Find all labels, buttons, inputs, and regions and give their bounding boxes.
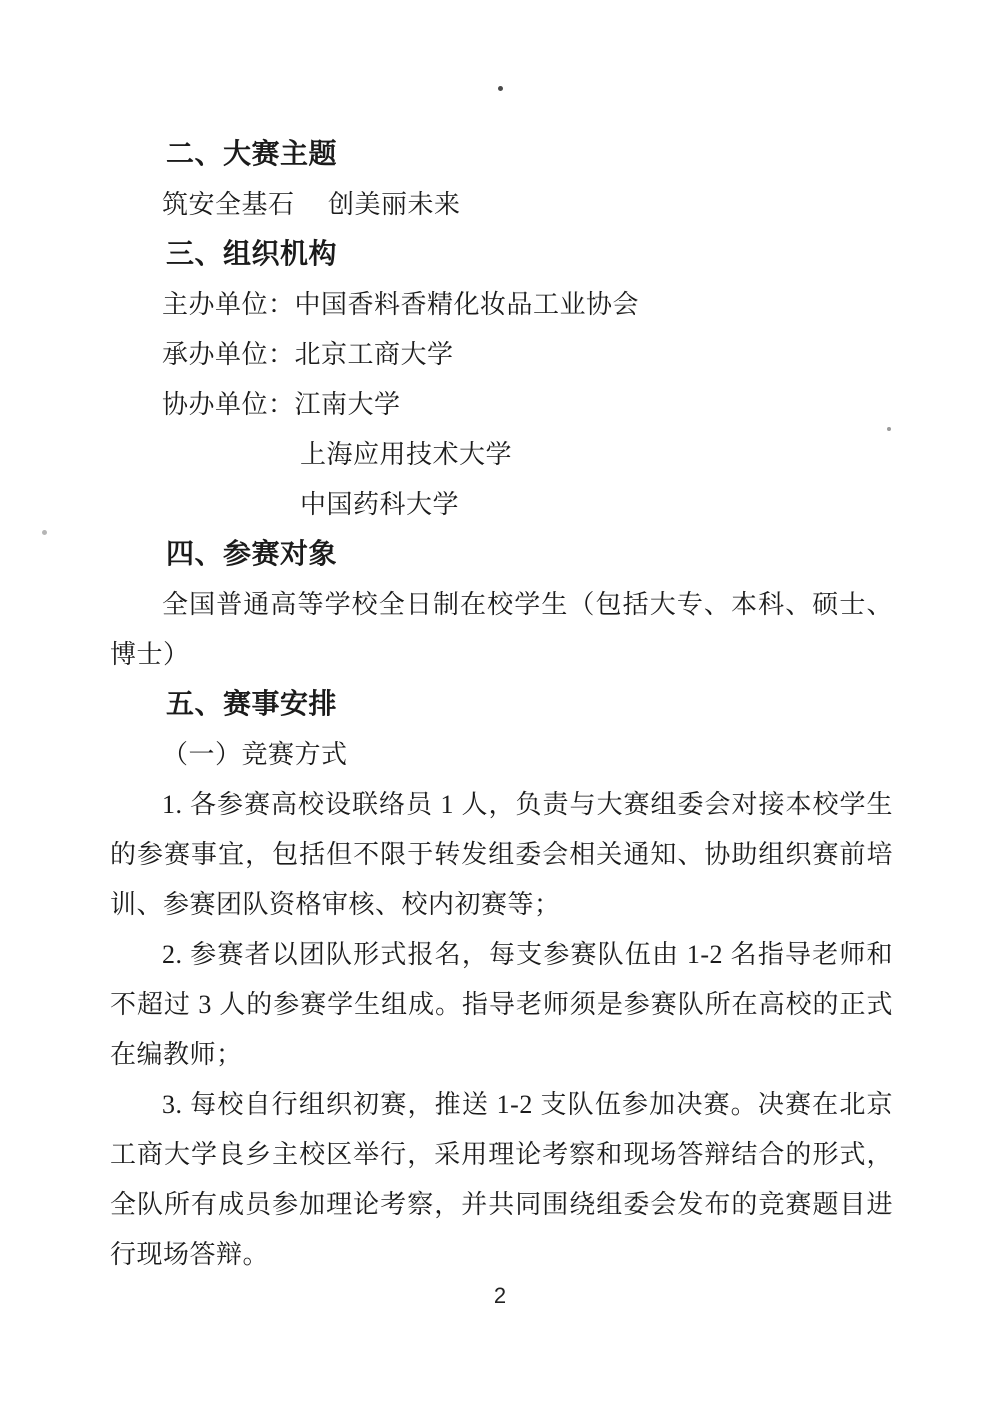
co-organizer-university-2: 上海应用技术大学: [110, 430, 893, 480]
rule-3-line-3: 全队所有成员参加理论考察，并共同围绕组委会发布的竞赛题目进: [110, 1180, 893, 1230]
section-heading-theme: 二、大赛主题: [110, 130, 893, 180]
rule-1-line-1: 1. 各参赛高校设联络员 1 人，负责与大赛组委会对接本校学生: [110, 780, 893, 830]
organizer-line: 主办单位：中国香料香精化妆品工业协会: [110, 280, 893, 330]
rule-2-line-2: 不超过 3 人的参赛学生组成。指导老师须是参赛队所在高校的正式: [110, 980, 893, 1030]
section-heading-organization: 三、组织机构: [110, 230, 893, 280]
rule-3-line-1: 3. 每校自行组织初赛，推送 1-2 支队伍参加决赛。决赛在北京: [110, 1080, 893, 1130]
document-page: { "page": { "number": "2" }, "colors": {…: [0, 0, 1000, 1415]
scan-speck: [887, 427, 891, 431]
rule-1-line-2: 的参赛事宜，包括但不限于转发组委会相关通知、协助组织赛前培: [110, 830, 893, 880]
section-heading-participants: 四、参赛对象: [110, 530, 893, 580]
rule-1-line-3: 训、参赛团队资格审核、校内初赛等；: [110, 880, 893, 930]
host-line: 承办单位：北京工商大学: [110, 330, 893, 380]
scan-speck: [498, 86, 503, 91]
theme-slogan: 筑安全基石 创美丽未来: [110, 180, 893, 230]
page-number: 2: [0, 1283, 1000, 1309]
rule-2-line-3: 在编教师；: [110, 1030, 893, 1080]
rule-2-line-1: 2. 参赛者以团队形式报名，每支参赛队伍由 1-2 名指导老师和: [110, 930, 893, 980]
document-content: 二、大赛主题 筑安全基石 创美丽未来 三、组织机构 主办单位：中国香料香精化妆品…: [110, 130, 893, 1280]
rule-3-line-4: 行现场答辩。: [110, 1230, 893, 1280]
rule-3-line-2: 工商大学良乡主校区举行，采用理论考察和现场答辩结合的形式，: [110, 1130, 893, 1180]
participants-text-line-2: 博士）: [110, 630, 893, 680]
subsection-heading-competition-format: （一）竞赛方式: [110, 730, 893, 780]
co-organizer-university-3: 中国药科大学: [110, 480, 893, 530]
co-organizer-line: 协办单位：江南大学: [110, 380, 893, 430]
scan-speck: [42, 530, 47, 535]
section-heading-schedule: 五、赛事安排: [110, 680, 893, 730]
participants-text-line-1: 全国普通高等学校全日制在校学生（包括大专、本科、硕士、: [110, 580, 893, 630]
